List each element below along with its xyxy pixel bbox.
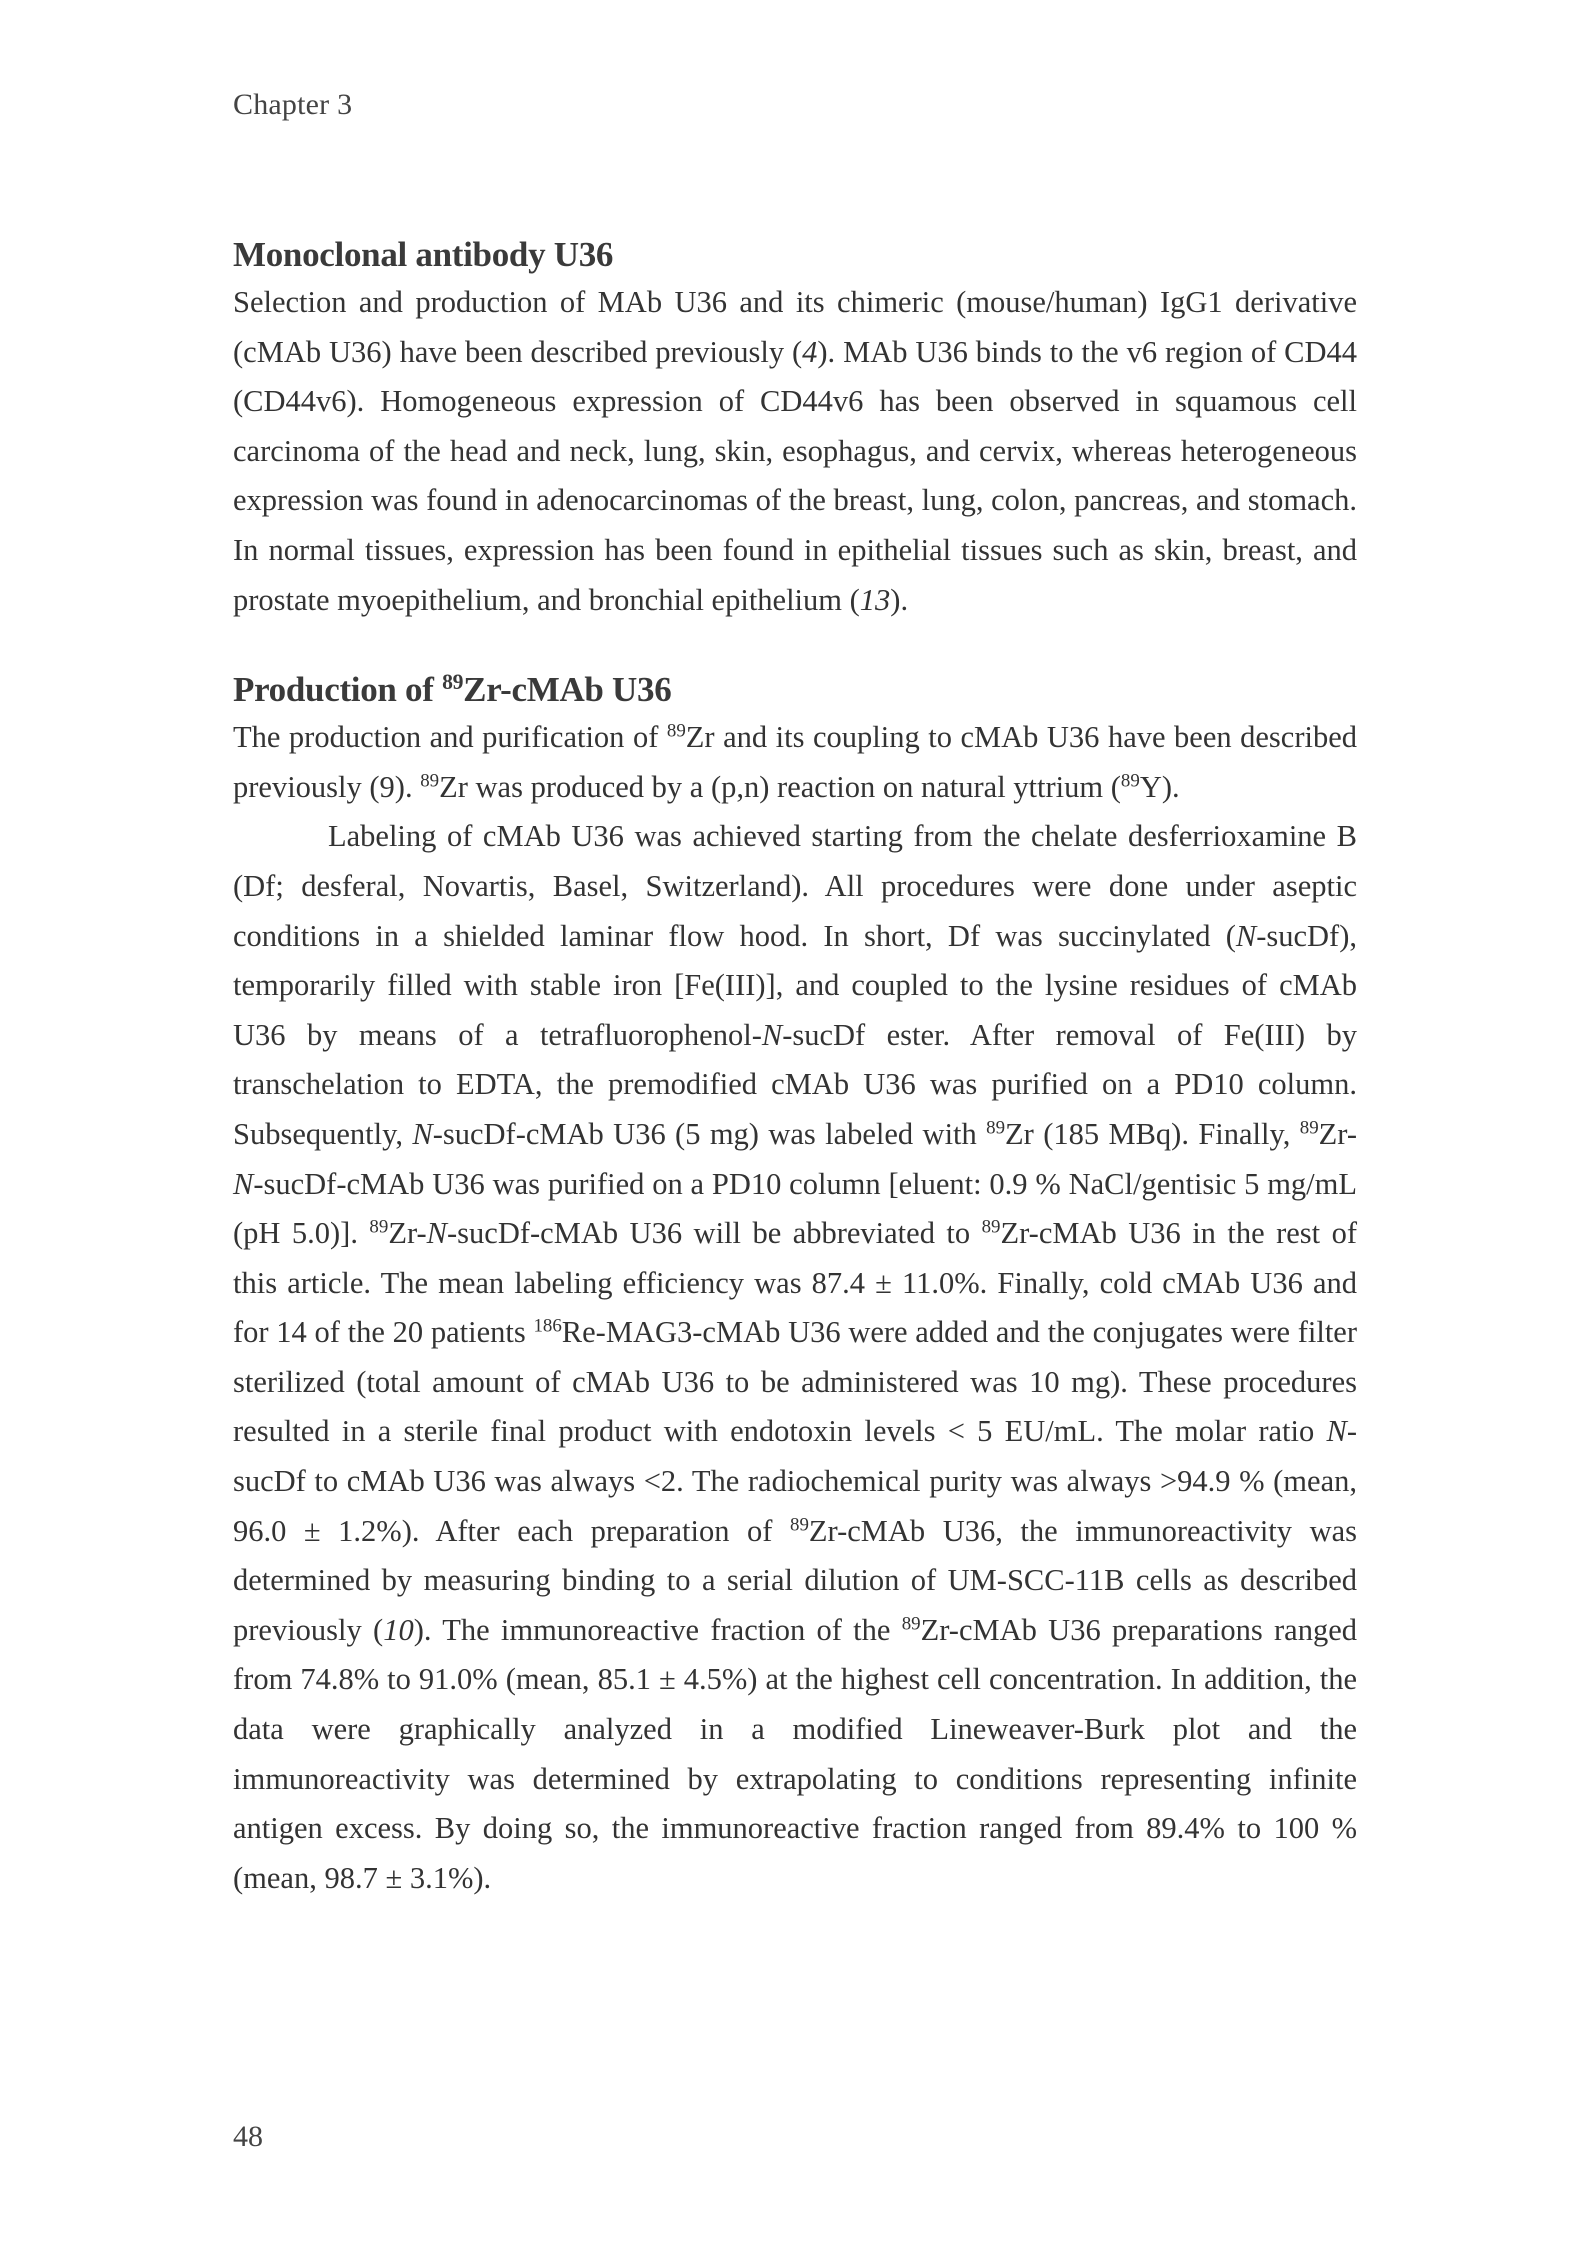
italic-text: 4 [802,335,817,369]
page-content: Monoclonal antibody U36 Selection and pr… [233,232,1357,1903]
superscript: 89 [986,1118,1005,1139]
section-monoclonal-antibody: Monoclonal antibody U36 Selection and pr… [233,232,1357,625]
italic-text: N [762,1018,782,1052]
italic-text: 10 [383,1613,414,1647]
paragraph: The production and purification of 89Zr … [233,713,1357,812]
superscript: 89 [902,1613,921,1634]
superscript: 186 [533,1316,561,1337]
section-heading: Production of 89Zr-cMAb U36 [233,667,1357,713]
superscript: 89 [667,721,686,742]
paragraph: Selection and production of MAb U36 and … [233,278,1357,625]
superscript: 89 [982,1217,1001,1238]
superscript: 89 [442,670,463,694]
running-head: Chapter 3 [233,88,352,122]
italic-text: N [1236,919,1256,953]
superscript: 89 [790,1514,809,1535]
page-number: 48 [233,2120,263,2154]
italic-text: 13 [860,583,891,617]
paragraph: Labeling of cMAb U36 was achieved starti… [233,812,1357,1903]
superscript: 89 [420,770,439,791]
section-heading: Monoclonal antibody U36 [233,232,1357,278]
italic-text: N [233,1167,253,1201]
italic-text: N [412,1117,432,1151]
italic-text: N [1326,1414,1346,1448]
superscript: 89 [1300,1118,1319,1139]
superscript: 89 [369,1217,388,1238]
section-production: Production of 89Zr-cMAb U36 The producti… [233,667,1357,1903]
superscript: 89 [1121,770,1140,791]
italic-text: N [427,1216,447,1250]
